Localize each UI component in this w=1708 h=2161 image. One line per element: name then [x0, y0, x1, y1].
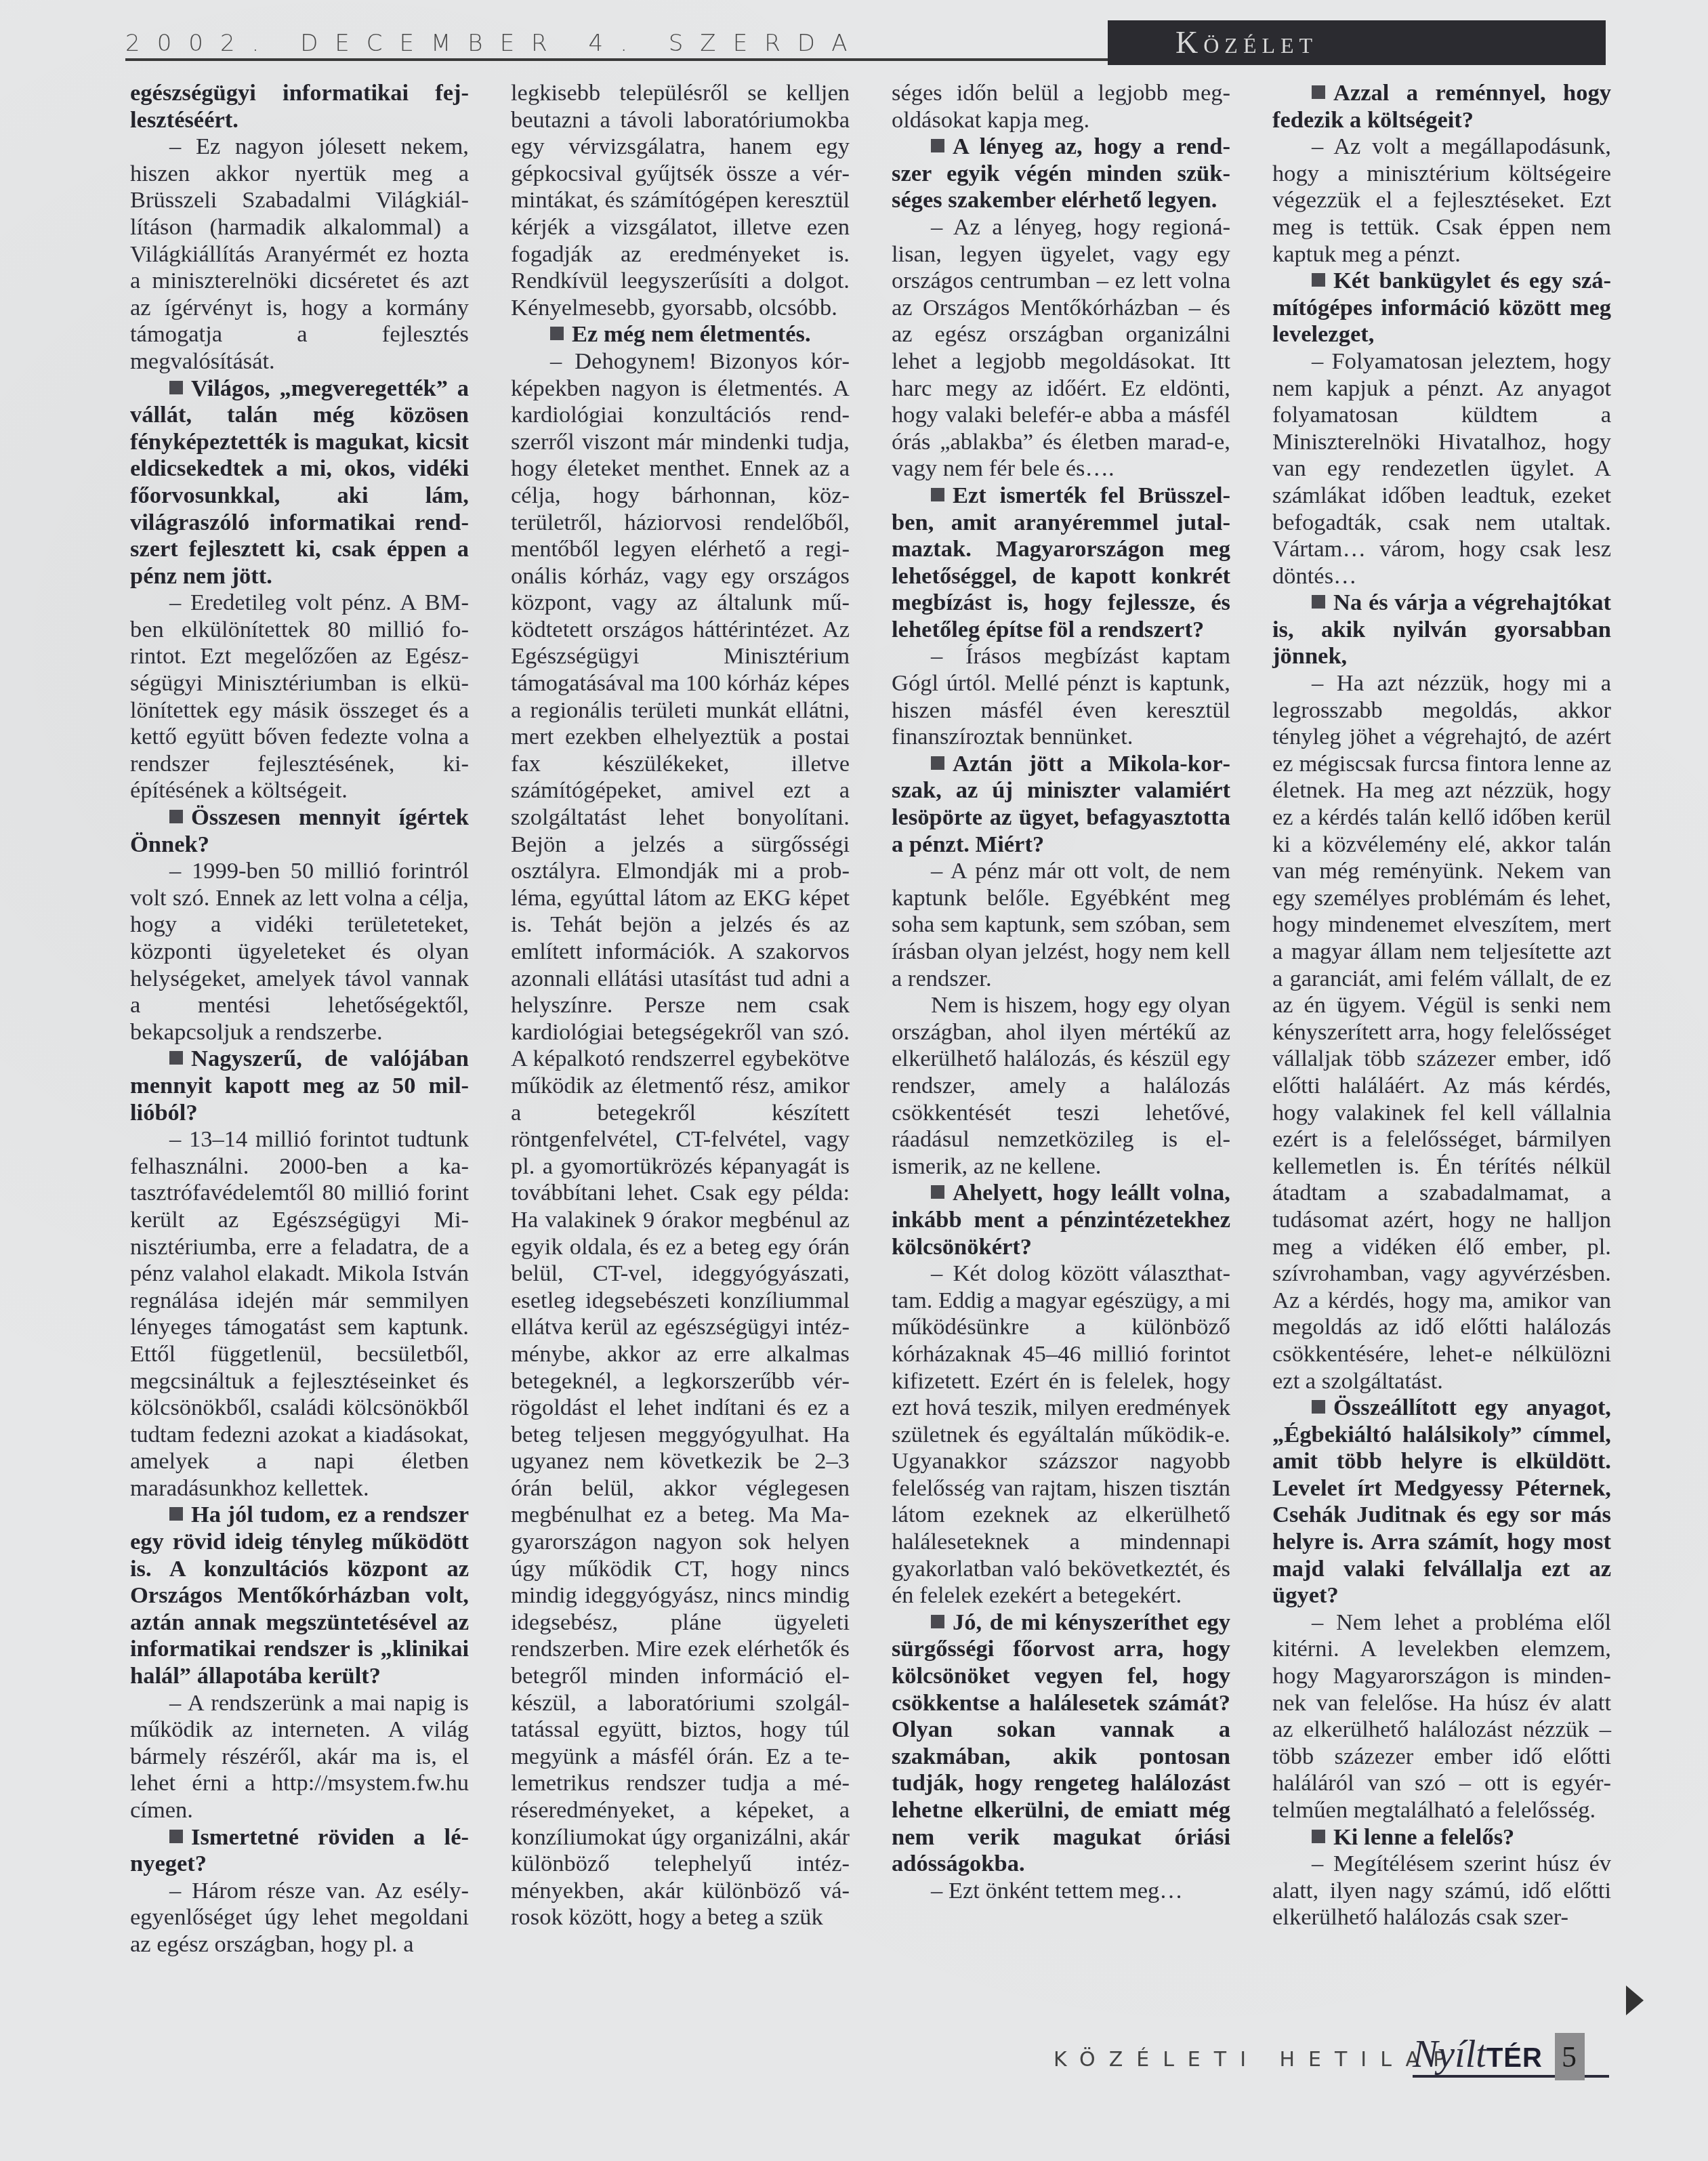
- square-bullet-icon: [931, 488, 944, 501]
- interview-question: Aztán jött a Mikola-kor­szak, az új mini…: [892, 751, 1230, 858]
- interview-answer: – Írásos megbízást kaptam Gógl úrtól. Me…: [892, 643, 1230, 750]
- square-bullet-icon: [931, 1615, 944, 1628]
- square-bullet-icon: [169, 1507, 183, 1521]
- interview-answer: – Megítélésem szerint húsz év alatt, ily…: [1272, 1851, 1611, 1931]
- square-bullet-icon: [169, 810, 183, 823]
- square-bullet-icon: [169, 1830, 183, 1843]
- interview-answer: – 1999-ben 50 millió forintról volt szó.…: [130, 858, 469, 1046]
- page-header: 2002. DECEMBER 4. SZERDA Közélet: [125, 27, 1606, 61]
- interview-answer: – 13–14 millió forintot tud­tunk felhasz…: [130, 1126, 469, 1502]
- interview-question: Ismertetné röviden a lé­nyeget?: [130, 1824, 469, 1878]
- interview-question: Jó, de mi kényszeríthet egy sürgősségi f…: [892, 1609, 1230, 1878]
- interview-question-continued: egészségügyi informatikai fej­lesztéséér…: [130, 80, 469, 133]
- question-text: Ha jól tudom, ez a rend­szer egy rövid i…: [130, 1502, 469, 1689]
- interview-question: Nagyszerű, de valójában mennyit kapott m…: [130, 1046, 469, 1126]
- logo-bold-part: TÉR: [1486, 2043, 1543, 2073]
- publication-tagline: KÖZÉLETI HETILAP: [1054, 2048, 1459, 2072]
- question-text: Ezt ismerték fel Brüsszel­ben, amit aran…: [892, 482, 1230, 642]
- square-bullet-icon: [1312, 595, 1325, 609]
- interview-question: Összesen mennyit ígértek Önnek?: [130, 804, 469, 858]
- interview-answer: – Az a lényeg, hogy regioná­lisan, legye…: [892, 214, 1230, 482]
- interview-answer: – Három része van. Az esély­egyenlőséget…: [130, 1878, 469, 1958]
- interview-answer: – Ezt önként tettem meg…: [892, 1878, 1230, 1905]
- square-bullet-icon: [931, 756, 944, 770]
- interview-answer: – Az volt a megállapodásunk, hogy a mini…: [1272, 133, 1611, 268]
- interview-question: A lényeg az, hogy a rend­szer egyik végé…: [892, 133, 1230, 214]
- interview-question: Ez még nem életmentés.: [511, 321, 850, 348]
- section-banner: Közélet: [1108, 20, 1606, 65]
- article-body: egészségügyi informatikai fej­lesztéséér…: [130, 80, 1610, 2018]
- interview-question: Ki lenne a felelős?: [1272, 1824, 1611, 1851]
- interview-answer: – A rendszerünk a mai napig is működik a…: [130, 1690, 469, 1824]
- question-text: Összeállított egy anyagot, „Égbekiáltó h…: [1272, 1395, 1611, 1608]
- interview-question: Ahelyett, hogy leállt vol­na, inkább men…: [892, 1180, 1230, 1260]
- interview-answer: – Két dolog között választhat­tam. Eddig…: [892, 1260, 1230, 1609]
- interview-question: Na és várja a végrehajtó­kat is, akik ny…: [1272, 590, 1611, 670]
- interview-answer: – Nem lehet a probléma elől kitérni. A l…: [1272, 1609, 1611, 1824]
- continued-text: legkisebb településről se kelljen beutaz…: [511, 80, 850, 321]
- question-text: Jó, de mi kényszeríthet egy sürgősségi f…: [892, 1609, 1230, 1876]
- interview-question: Összeállított egy anyagot, „Égbekiáltó h…: [1272, 1395, 1611, 1609]
- page-footer: KÖZÉLETI HETILAP NyíltTÉR 5: [1054, 2033, 1609, 2087]
- square-bullet-icon: [169, 381, 183, 394]
- section-title: Közélet: [1175, 24, 1318, 60]
- square-bullet-icon: [550, 327, 564, 340]
- square-bullet-icon: [1312, 1400, 1325, 1414]
- interview-question: Ha jól tudom, ez a rend­szer egy rövid i…: [130, 1502, 469, 1689]
- text-column-4: Azzal a reménnyel, hogy fedezik a költsé…: [1272, 80, 1611, 2018]
- interview-answer: – Folyamatosan jeleztem, hogy nem kapjuk…: [1272, 348, 1611, 590]
- logo-italic-part: Nyílt: [1413, 2034, 1486, 2076]
- issue-date: 2002. DECEMBER 4. SZERDA: [125, 30, 865, 57]
- continue-arrow-icon: [1626, 1985, 1644, 2015]
- interview-answer: – Dehogynem! Bizonyos kór­képekben nagyo…: [511, 348, 850, 1931]
- text-column-1: egészségügyi informatikai fej­lesztéséér…: [130, 80, 469, 2018]
- square-bullet-icon: [1312, 273, 1325, 287]
- square-bullet-icon: [1312, 1830, 1325, 1843]
- interview-question: Világos, „megveregették” a vállát, talán…: [130, 375, 469, 590]
- square-bullet-icon: [931, 139, 944, 152]
- interview-question: Két bankügylet és egy szá­mítógépes info…: [1272, 268, 1611, 348]
- interview-answer: – Eredetileg volt pénz. A BM-ben elkülön…: [130, 590, 469, 804]
- square-bullet-icon: [1312, 85, 1325, 99]
- square-bullet-icon: [931, 1185, 944, 1199]
- page-number: 5: [1562, 2040, 1577, 2074]
- text-column-3: séges időn belül a legjobb meg­oldásokat…: [892, 80, 1230, 2018]
- interview-answer: – A pénz már ott volt, de nem kaptunk be…: [892, 858, 1230, 992]
- answer-paragraph: Nem is hiszem, hogy egy olyan országban,…: [892, 992, 1230, 1180]
- continued-text: séges időn belül a legjobb meg­oldásokat…: [892, 80, 1230, 133]
- interview-answer: – Ez nagyon jólesett nekem, hiszen akkor…: [130, 133, 469, 375]
- publication-logo: NyíltTÉR: [1413, 2033, 1543, 2076]
- header-rule: [125, 58, 1108, 61]
- question-text: Ez még nem életmentés.: [572, 321, 811, 347]
- page-number-box: 5: [1555, 2033, 1585, 2080]
- interview-question: Azzal a reménnyel, hogy fedezik a költsé…: [1272, 80, 1611, 133]
- question-text: Világos, „megveregették” a vállát, talán…: [130, 375, 469, 589]
- interview-question: Ezt ismerték fel Brüsszel­ben, amit aran…: [892, 482, 1230, 644]
- square-bullet-icon: [169, 1051, 183, 1065]
- question-text: Ki lenne a felelős?: [1333, 1824, 1514, 1850]
- interview-answer: – Ha azt nézzük, hogy mi a legrosszabb m…: [1272, 670, 1611, 1395]
- text-column-2: legkisebb településről se kelljen beutaz…: [511, 80, 850, 2018]
